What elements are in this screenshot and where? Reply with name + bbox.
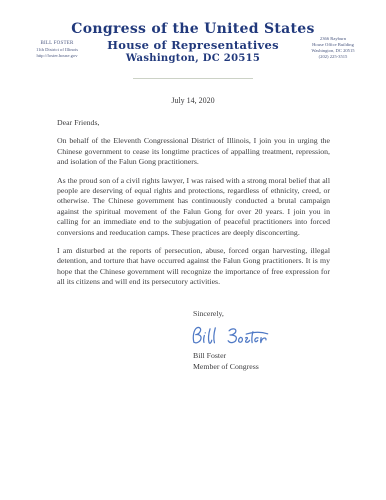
letter-date: July 14, 2020 bbox=[0, 96, 386, 105]
sender-name: Bill Foster bbox=[193, 351, 343, 361]
office-phone: (202) 225-3515 bbox=[290, 54, 376, 60]
signature-image bbox=[191, 324, 271, 348]
letterhead: BILL FOSTER 11th District of Illinois ht… bbox=[0, 0, 386, 86]
letter-body: Dear Friends, On behalf of the Eleventh … bbox=[57, 118, 330, 296]
paragraph-1: On behalf of the Eleventh Congressional … bbox=[57, 136, 330, 167]
closing-block: Sincerely, Bill Foster Mem bbox=[193, 309, 343, 372]
closing-word: Sincerely, bbox=[193, 309, 343, 319]
salutation: Dear Friends, bbox=[57, 118, 330, 128]
letterhead-divider bbox=[133, 78, 253, 79]
sender-title: Member of Congress bbox=[193, 362, 343, 372]
paragraph-2: As the proud son of a civil rights lawye… bbox=[57, 176, 330, 238]
paragraph-3: I am disturbed at the reports of persecu… bbox=[57, 246, 330, 288]
letterhead-office-block: 2366 Rayburn House Office Building Washi… bbox=[290, 36, 376, 60]
letter-page: BILL FOSTER 11th District of Illinois ht… bbox=[0, 0, 386, 500]
